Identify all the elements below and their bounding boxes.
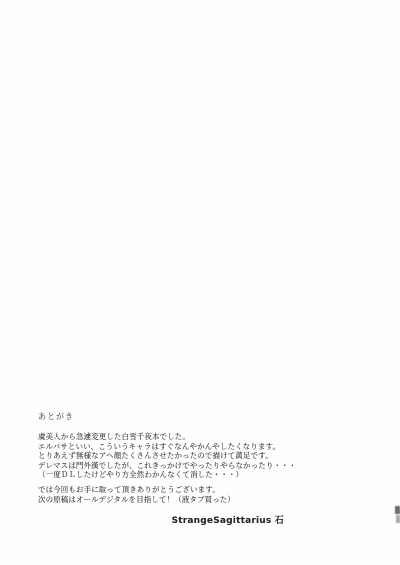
author-signature: StrangeSagittarius 石 [38,513,284,526]
print-smudge [396,515,400,523]
afterword-paragraph-1: 虞美人から急遽変更した白雪千夜本でした。 エルバサといい、こういうキャラはすぐな… [38,432,296,480]
afterword-page: あとがき 虞美人から急遽変更した白雪千夜本でした。 エルバサといい、こういうキャ… [0,0,400,565]
edge-print-artifact [393,505,400,525]
text-line: デレマスは門外漢でしたが、これきっかけでやったりやらなかったり・・・ [38,461,296,471]
text-line: （一度ＤＬしたけどやり方全然わかんなくて消した・・・） [38,470,296,480]
text-line: エルバサといい、こういうキャラはすぐなんやかんやしたくなります。 [38,442,296,452]
afterword-paragraph-2: では今回もお手に取って頂きありがとうございます。 次の原稿はオールデジタルを目指… [38,485,235,504]
afterword-title: あとがき [38,411,74,422]
text-line: 次の原稿はオールデジタルを目指して！（液タブ買った） [38,495,235,505]
print-smudge [395,506,400,514]
text-line: 虞美人から急遽変更した白雪千夜本でした。 [38,432,296,442]
text-line: では今回もお手に取って頂きありがとうございます。 [38,485,235,495]
text-line: とりあえず無様なアヘ顔たくさんさせたかったので描けて満足です。 [38,451,296,461]
